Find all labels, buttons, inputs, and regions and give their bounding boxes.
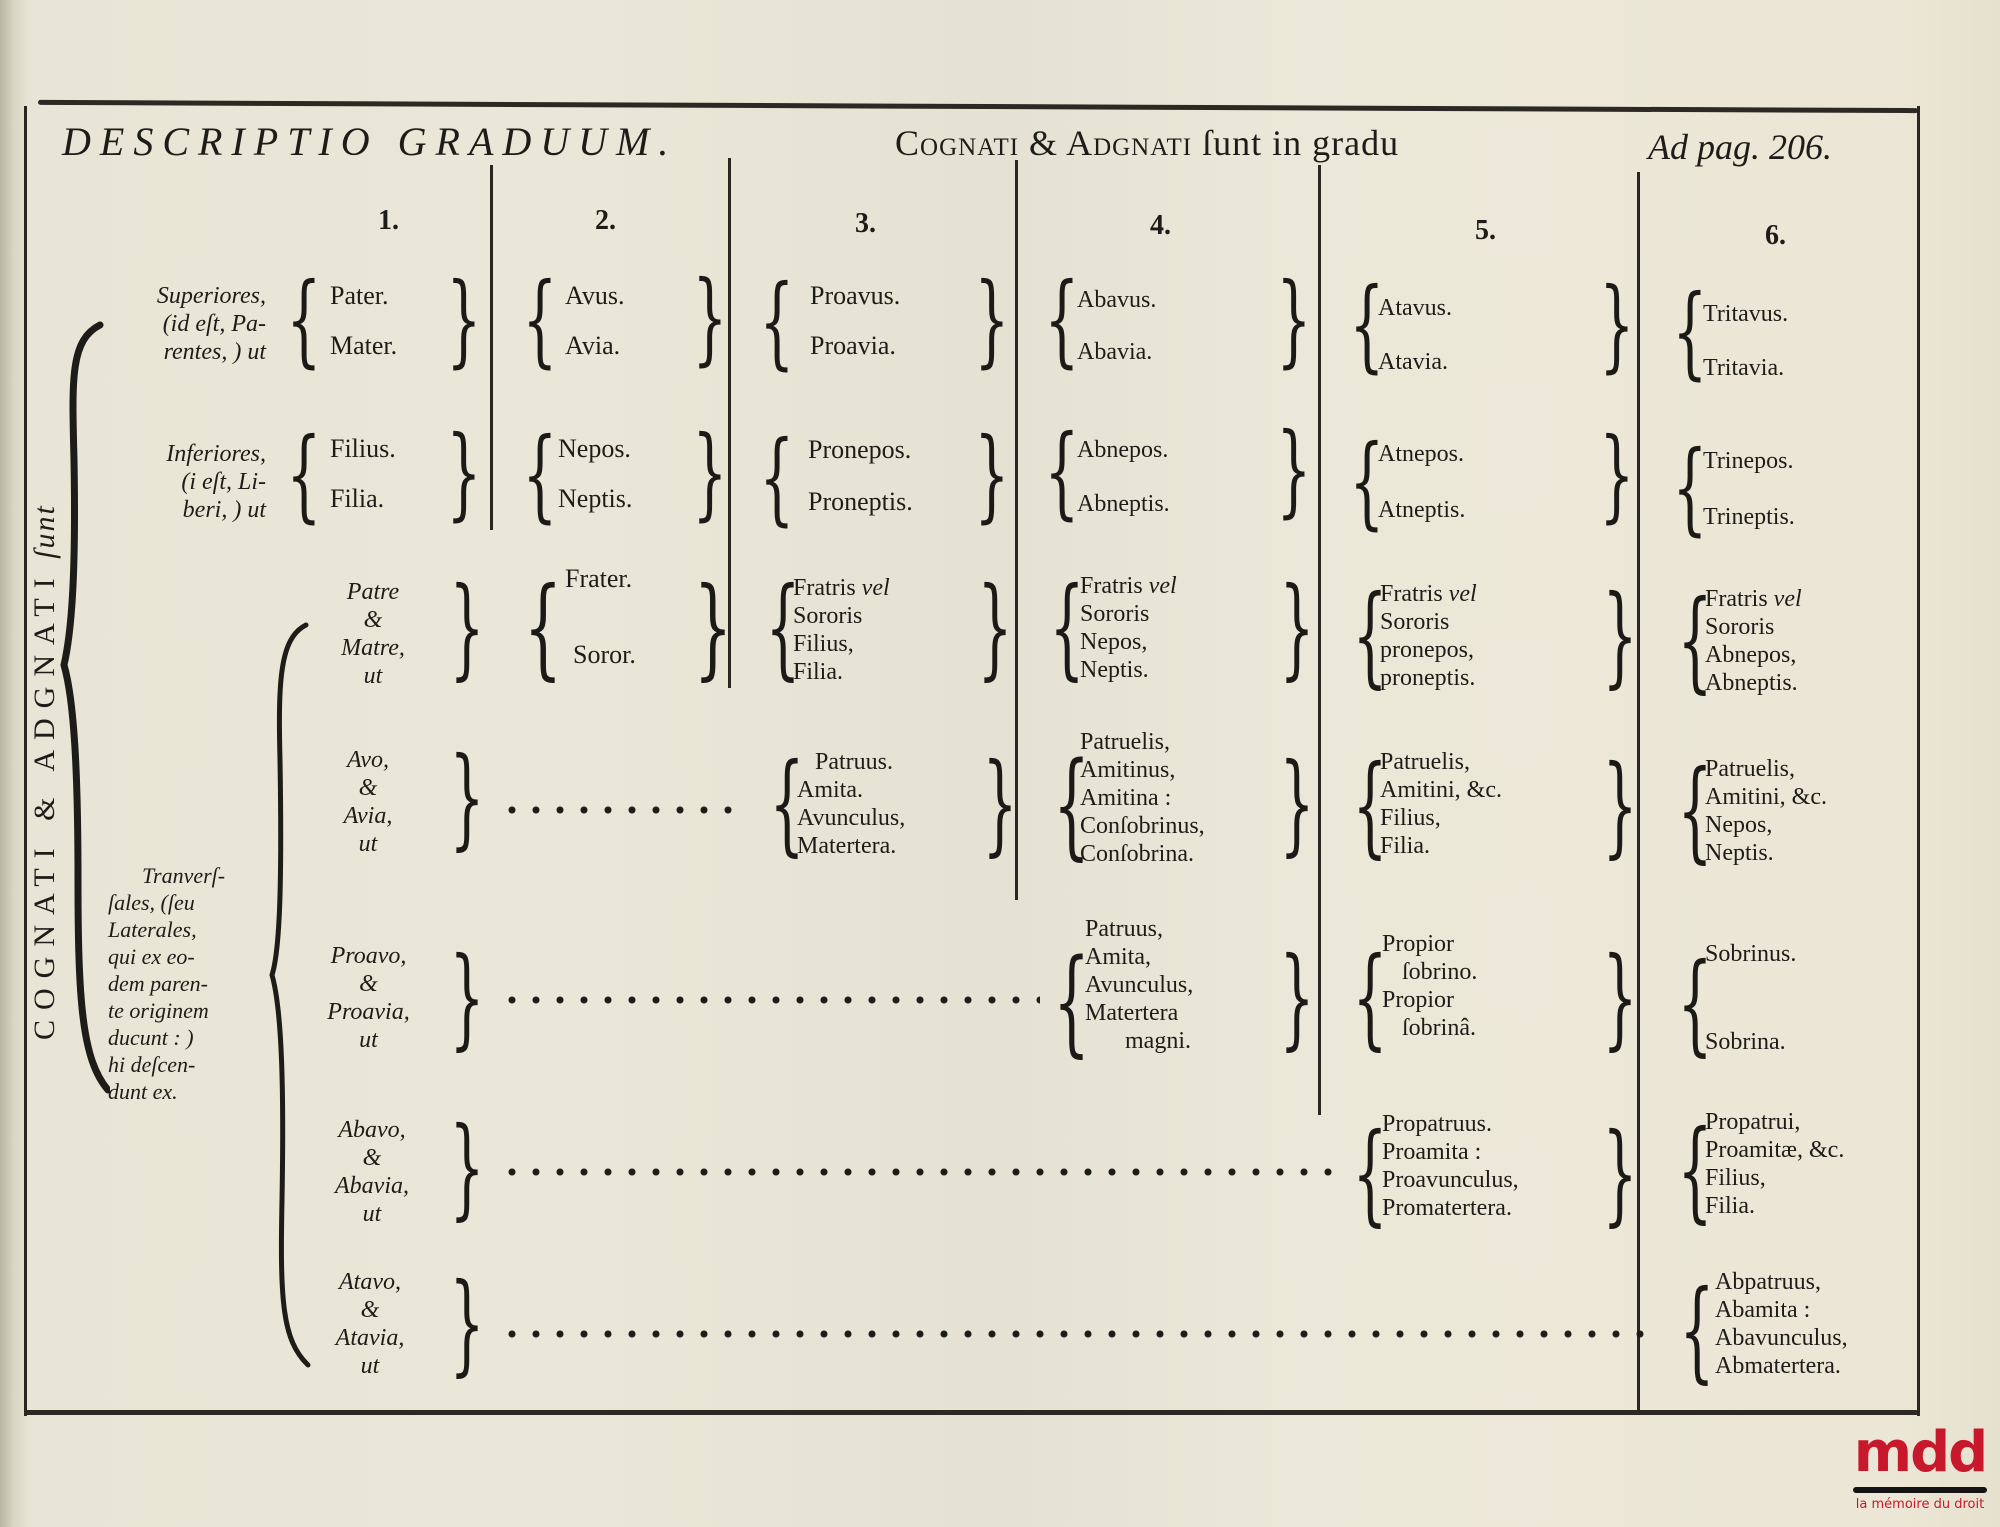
label-line: hi deſcen- [108,1051,268,1078]
cell-line: Filia. [330,485,396,513]
main-brace-icon [60,320,110,1100]
row-label-patre: Patre & Matre, ut [318,578,428,690]
row-label-atavo: Atavo, & Atavia, ut [310,1268,430,1380]
label-line: ut [318,662,428,690]
row-label-proavo: Proavo, & Proavia, ut [306,942,431,1054]
right-brace-icon: } [446,423,481,523]
cell-line: Soror. [565,641,636,669]
row-label-inferiores: Inferiores, (i eſt, Li- beri, ) ut [96,440,266,524]
label-line: & [312,1144,432,1172]
right-brace-icon: } [978,572,1013,682]
cell-line: Abavunculus, [1715,1324,1848,1352]
cell-patruus: Patruus. Amita. Avunculus, Matertera. [797,748,905,860]
cell-line: Filia. [793,658,890,686]
vel-italic: vel [1149,573,1177,599]
cell-line: Abneptis. [1705,669,1802,697]
cell-line: Propatruus. [1382,1110,1519,1138]
dotted-leader [500,1330,1660,1338]
cell-line: Abneptis. [1077,490,1170,518]
cell-pater: Pater. Mater. [330,282,397,360]
mdd-logo: mdd la mémoire du droit [1845,1425,1995,1512]
cell-line: Proavia. [810,332,900,360]
cell-line: Filia. [1705,1192,1844,1220]
cell-propatrui: Propatrui, Proamitæ, &c. Filius, Filia. [1705,1108,1844,1220]
cell-abnepos: Abnepos. Abneptis. [1077,436,1170,518]
cell-line: Propior [1382,986,1477,1014]
cell-line: Amitini, &c. [1705,783,1827,811]
cell-line: Pronepos. [808,436,913,464]
cell-fratris-abnepos: Fratris vel Sororis Abnepos, Abneptis. [1705,585,1802,697]
cell-line: magni. [1085,1027,1193,1055]
cell-atavus: Atavus. Atavia. [1378,294,1452,376]
cell-line: Fratris vel [1080,572,1177,600]
cell-line: Propior [1382,930,1477,958]
cell-tritavus: Tritavus. Tritavia. [1703,300,1788,382]
cell-line: Amitinus, [1080,756,1205,784]
label-line: & [310,1296,430,1324]
cell-patruus-magni: Patruus, Amita, Avunculus, Matertera mag… [1085,915,1193,1055]
cell-line: Abpatruus, [1715,1268,1848,1296]
label-line: & [306,970,431,998]
right-brace-icon: } [1276,420,1311,520]
cell-line: Patruus. [797,748,905,776]
cell-line: Atnepos. [1378,440,1465,468]
cell-line: Conſobrinus, [1080,812,1205,840]
vel-italic: vel [1774,586,1802,612]
right-brace-icon: } [1280,942,1315,1052]
cell-line: Sororis [1380,608,1477,636]
transversales-brace-icon [262,620,312,1370]
cell-sobrinus: Sobrinus. Sobrina. [1705,940,1796,1056]
label-line: ducunt : ) [108,1024,268,1051]
row-label-abavo: Abavo, & Abavia, ut [312,1116,432,1228]
cell-line: Filius, [793,630,890,658]
cell-line: Fratris vel [1380,580,1477,608]
cell-line: Avus. [565,282,624,310]
side-label: COGNATI & ADGNATI ſunt [28,504,62,1040]
cell-line: Neptis. [1080,656,1177,684]
right-brace-icon: } [1603,1118,1638,1228]
label-line: Abavo, [312,1116,432,1144]
cell-line: Abmatertera. [1715,1352,1848,1380]
cell-line: proneptis. [1380,664,1477,692]
label-line: Proavo, [306,942,431,970]
right-brace-icon: } [1276,270,1311,370]
cell-line: Mater. [330,332,397,360]
cell-line: Patruus, [1085,915,1193,943]
page-title: DESCRIPTIO GRADUUM. [62,118,677,165]
cell-line: Matertera [1085,999,1193,1027]
cell-nepos: Nepos. Neptis. [558,435,632,513]
cell-line: Abamita : [1715,1296,1848,1324]
cell-propior: Propior ſobrino. Propior ſobrinâ. [1382,930,1477,1042]
cell-line: Sobrina. [1705,1028,1796,1056]
right-brace-icon: } [450,742,485,852]
right-brace-icon: } [1603,750,1638,860]
side-label-suffix: ſunt [28,504,61,568]
cell-line: Patruelis, [1080,728,1205,756]
cell-propatruus: Propatruus. Proamita : Proavunculus, Pro… [1382,1110,1519,1222]
column-number-5: 5. [1475,215,1496,247]
label-line: dunt ex. [108,1078,268,1105]
right-brace-icon: } [1280,572,1315,682]
column-number-4: 4. [1150,210,1171,242]
cell-line: Amitini, &c. [1380,776,1502,804]
cell-line: ſobrino. [1382,958,1477,986]
cell-line: Avunculus, [1085,971,1193,999]
cell-line: Propatrui, [1705,1108,1844,1136]
cell-line: Proneptis. [808,488,913,516]
cell-fratris-filius: Fratris vel Sororis Filius, Filia. [793,574,890,686]
label-line: dem paren- [108,970,268,997]
left-brace-icon: { [1044,422,1079,522]
right-brace-icon: } [692,268,727,368]
cell-patruelis-6: Patruelis, Amitini, &c. Nepos, Neptis. [1705,755,1827,867]
left-brace-icon: { [759,272,794,372]
label-line: Laterales, [108,916,268,943]
cell-line: Abavus. [1077,286,1156,314]
right-brace-icon: } [694,572,733,682]
cell-line: Atavia. [1378,348,1452,376]
cell-line: Abnepos. [1077,436,1170,464]
cell-line: Filius, [1380,804,1502,832]
label-line: Superiores, [96,282,266,310]
cell-line: Patruelis, [1705,755,1827,783]
cell-line: Tritavus. [1703,300,1788,328]
label-line: Inferiores, [96,440,266,468]
right-brace-icon: } [1599,275,1634,375]
left-brace-icon: { [522,425,557,525]
cell-line: Proamitæ, &c. [1705,1136,1844,1164]
cell-line: Nepos. [558,435,632,463]
cell-line: Atneptis. [1378,496,1465,524]
cell-line: Avia. [565,332,624,360]
cell-avus: Avus. Avia. [565,282,624,360]
left-brace-icon: { [1680,1275,1715,1385]
right-brace-icon: } [1280,748,1315,858]
cell-line: Nepos, [1080,628,1177,656]
left-brace-icon: { [524,572,563,682]
cell-line: Promatertera. [1382,1194,1519,1222]
cell-line: Trineptis. [1703,503,1795,531]
right-brace-icon: } [974,425,1009,525]
cell-line: Proavunculus, [1382,1166,1519,1194]
row-label-superiores: Superiores, (id eſt, Pa- rentes, ) ut [96,282,266,366]
cell-line: Pater. [330,282,397,310]
cell-line: Proamita : [1382,1138,1519,1166]
cell-line: Proavus. [810,282,900,310]
cell-line: Trinepos. [1703,447,1795,475]
label-line: Patre [318,578,428,606]
cell-proavus: Proavus. Proavia. [810,282,900,360]
dotted-leader [500,806,740,814]
left-brace-icon: { [286,425,321,525]
label-line: Avia, [318,802,418,830]
cell-line: Tritavia. [1703,354,1788,382]
cell-line: Filius, [1705,1164,1844,1192]
page-reference: Ad pag. 206. [1648,126,1832,168]
header-subtitle-rest: ſunt in gradu [1192,123,1399,163]
column-divider-1 [490,165,493,530]
vel-italic: vel [862,575,890,601]
column-number-2: 2. [595,205,616,237]
label-line: ut [312,1200,432,1228]
right-brace-icon: } [450,942,485,1052]
cell-line: Patruelis, [1380,748,1502,776]
side-label-main: COGNATI & ADGNATI [28,568,61,1040]
right-brace-icon: } [450,1112,485,1222]
label-line: te originem [108,997,268,1024]
label-line: Abavia, [312,1172,432,1200]
cell-line: Filius. [330,435,396,463]
label-line: & [318,774,418,802]
label-line: Matre, [318,634,428,662]
cell-pronepos: Pronepos. Proneptis. [808,436,913,516]
label-line: ut [318,830,418,858]
dotted-leader [500,996,1040,1004]
cell-line: ſobrinâ. [1382,1014,1477,1042]
label-line: ut [306,1026,431,1054]
cell-line: Abavia. [1077,338,1156,366]
label-line: rentes, ) ut [96,338,266,366]
cell-line: Fratris vel [793,574,890,602]
cell-line: Sobrinus. [1705,940,1796,968]
cell-patruelis-4: Patruelis, Amitinus, Amitina : Conſobrin… [1080,728,1205,868]
cell-line: Fratris vel [1705,585,1802,613]
cell-frater: Frater. Soror. [565,565,636,669]
cell-line: Neptis. [1705,839,1827,867]
cell-line: Sororis [793,602,890,630]
cell-line: Neptis. [558,485,632,513]
header-subtitle: Cognati & Adgnati ſunt in gradu [895,122,1399,164]
right-brace-icon: } [692,423,727,523]
cell-line: Frater. [565,565,636,593]
column-number-6: 6. [1765,220,1786,252]
bottom-rule [24,1410,1918,1415]
label-line: Proavia, [306,998,431,1026]
left-brace-icon: { [759,428,794,528]
logo-bar [1853,1487,1987,1493]
cell-line: Nepos, [1705,811,1827,839]
row-label-transversales: Tranverſ- ſales, (ſeu Laterales, qui ex … [108,862,268,1105]
cell-line: Sororis [1705,613,1802,641]
label-line: ſales, (ſeu [108,889,268,916]
header-subtitle-caps: Cognati & Adgnati [895,123,1192,163]
cell-fratris-pronepos: Fratris vel Sororis pronepos, proneptis. [1380,580,1477,692]
cell-line: Amita. [797,776,905,804]
column-number-3: 3. [855,208,876,240]
column-divider-4 [1318,165,1321,1115]
cell-line: Matertera. [797,832,905,860]
label-line: & [318,606,428,634]
right-brace-icon: } [1603,580,1638,690]
right-brace-icon: } [450,572,485,682]
cell-line: Abnepos, [1705,641,1802,669]
right-brace-icon: } [1603,942,1638,1052]
label-line: Atavo, [310,1268,430,1296]
label-line: (id eſt, Pa- [96,310,266,338]
cell-filius: Filius. Filia. [330,435,396,513]
left-brace-icon: { [286,270,321,370]
label-line: Avo, [318,746,418,774]
right-brace-icon: } [446,270,481,370]
label-line: Atavia, [310,1324,430,1352]
cell-line: Conſobrina. [1080,840,1205,868]
cell-line: Atavus. [1378,294,1452,322]
cell-atnepos: Atnepos. Atneptis. [1378,440,1465,524]
label-line: Tranverſ- [108,862,268,889]
cell-line: Amita, [1085,943,1193,971]
label-line: qui ex eo- [108,943,268,970]
right-brace-icon: } [450,1268,485,1378]
cell-abpatruus: Abpatruus, Abamita : Abavunculus, Abmate… [1715,1268,1848,1380]
cell-line: Sororis [1080,600,1177,628]
cell-line: Amitina : [1080,784,1205,812]
cell-trinepos: Trinepos. Trineptis. [1703,447,1795,531]
vel-italic: vel [1449,581,1477,607]
label-line: (i eſt, Li- [96,468,266,496]
cell-patruelis-5: Patruelis, Amitini, &c. Filius, Filia. [1380,748,1502,860]
cell-line: Filia. [1380,832,1502,860]
right-brace-icon: } [974,270,1009,370]
dotted-leader [500,1168,1340,1176]
left-brace-icon: { [522,270,557,370]
column-number-1: 1. [378,205,399,237]
logo-tagline: la mémoire du droit [1845,1497,1995,1512]
logo-mark: mdd [1845,1425,1995,1481]
cell-line: Avunculus, [797,804,905,832]
label-line: ut [310,1352,430,1380]
right-brace-icon: } [983,748,1018,858]
left-brace-icon: { [1044,270,1079,370]
cell-line: pronepos, [1380,636,1477,664]
right-brace-icon: } [1599,425,1634,525]
cell-abavus: Abavus. Abavia. [1077,286,1156,366]
cell-fratris-nepos: Fratris vel Sororis Nepos, Neptis. [1080,572,1177,684]
row-label-avo: Avo, & Avia, ut [318,746,418,858]
label-line: beri, ) ut [96,496,266,524]
